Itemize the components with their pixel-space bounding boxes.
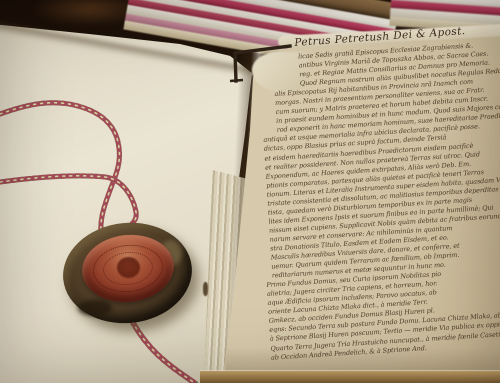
book-fore-edge-bottom — [200, 371, 500, 383]
fore-edge-notch — [203, 282, 208, 296]
photo-manuscript-with-seal: Petrus Petretush Dei & Apost. licae Sedi… — [0, 0, 500, 383]
seal-rim-blotch — [78, 300, 112, 316]
seal-center-emblem — [117, 257, 140, 278]
manuscript-text: licae Sedis gratiâ Episcopus Ecclesiae Z… — [258, 39, 500, 362]
